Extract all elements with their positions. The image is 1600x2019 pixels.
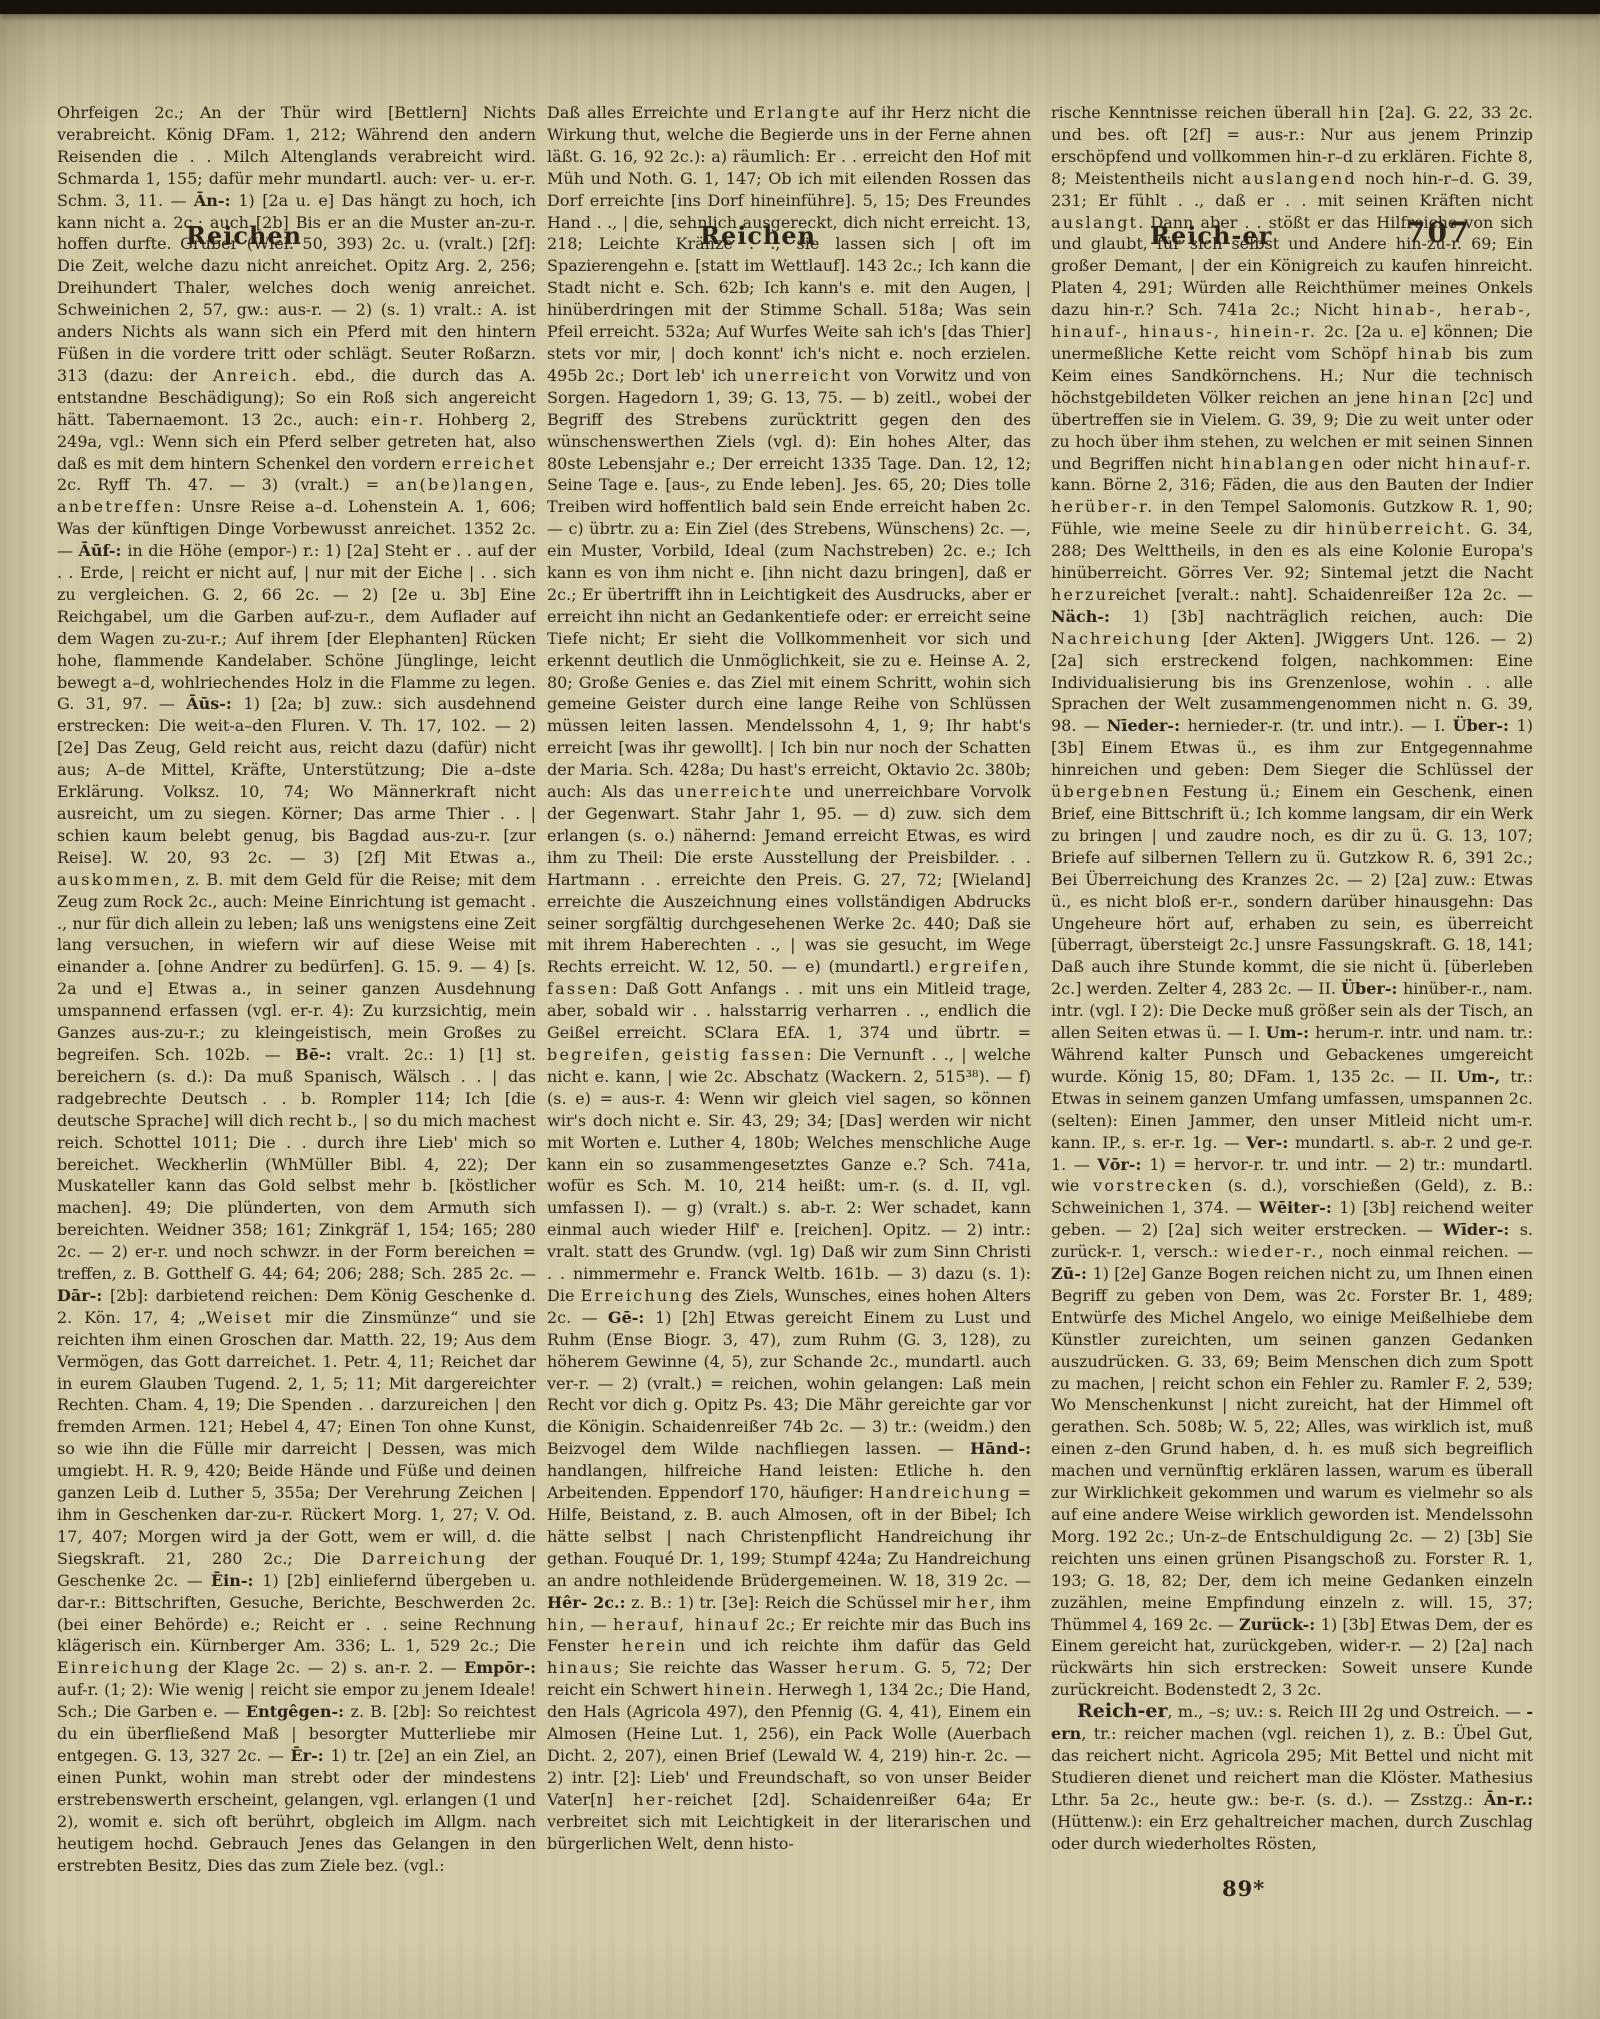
headword: Zurück-: — [1239, 1615, 1321, 1634]
text-run: vralt. 2c.: 1) [1] st. bereichern (s. d.… — [57, 1045, 536, 1283]
signature-mark: 89* — [1222, 1876, 1265, 1901]
text-run: hin — [1339, 103, 1371, 122]
headword: Bē-: — [295, 1045, 346, 1064]
headword: Nīeder-: — [1107, 716, 1188, 735]
text-run: hinüberreicht — [1326, 519, 1466, 538]
text-run: , ihm — [990, 1593, 1031, 1612]
text-run: mir die Zinsmünze“ und sie reichten ihm … — [57, 1308, 536, 1568]
text-run: herzu — [1051, 585, 1108, 604]
text-run: (Hüttenw.): ein Erz gehaltreicher machen… — [1051, 1812, 1533, 1853]
headword: Über-: — [1453, 716, 1517, 735]
text-run: 1) [2h] Etwas gereicht Einem zu Lust und… — [547, 1308, 1031, 1458]
text-run: rische Kenntnisse reichen überall — [1051, 103, 1339, 122]
text-run: : Daß Gott Anfangs . . mit uns ein Mitle… — [547, 979, 1031, 1042]
text-run: her- — [633, 1790, 675, 1809]
text-run: hinablangen — [1221, 454, 1346, 473]
text-run: : Die Vernunft . ., | welche nicht e. ka… — [547, 1045, 1031, 1305]
headword: Näch-: — [1051, 607, 1133, 626]
text-run: Nachreichung — [1051, 629, 1193, 648]
text-run: 1) [2a; b] zuw.: sich ausdehnend erstrec… — [57, 694, 536, 866]
headword: Āūf-: — [79, 541, 128, 560]
text-run: hinaus — [547, 1658, 614, 1677]
headword: Wēiter-: — [1259, 1198, 1339, 1217]
headword: Ēin-: — [211, 1571, 262, 1590]
text-run: unerreichte — [674, 782, 793, 801]
text-run: übergebnen — [1051, 782, 1171, 801]
text-run: vorstrecken — [1093, 1176, 1214, 1195]
headword: Vōr-: — [1097, 1155, 1149, 1174]
text-run: und ich reichte ihm dafür das Geld — [687, 1636, 1031, 1655]
text-run: kann. Börne 2, 316; Fäden, die aus den B… — [1051, 475, 1533, 494]
text-run: , noch einmal reichen. — — [1319, 1242, 1534, 1261]
text-run: Darreichung — [361, 1549, 488, 1568]
text-paragraph: Ohrfeigen 2c.; An der Thür wird [Bettler… — [57, 102, 536, 1876]
text-run: hernieder-r. (tr. und intr.). — I. — [1188, 716, 1453, 735]
text-run: , z. B. mit dem Geld für die Reise; mit … — [57, 870, 536, 1064]
scan-edge-top — [0, 0, 1600, 14]
text-run: reichet [veralt.: naht]. Schaidenreißer … — [1108, 585, 1533, 604]
text-run: hin — [547, 1615, 579, 1634]
text-run: ein-r. — [371, 410, 425, 429]
text-run: wieder-r. — [1227, 1242, 1319, 1261]
text-run: auf ihr Herz nicht die Wirkung thut, wel… — [547, 103, 1031, 385]
text-run: unerreicht — [744, 366, 852, 385]
text-run: Erreichung — [581, 1286, 695, 1305]
text-run: , tr.: reicher machen (vgl. reichen 1), … — [1051, 1724, 1533, 1809]
text-run: der Klage 2c. — 2) s. an-r. 2. — — [181, 1658, 464, 1677]
text-column-1: Ohrfeigen 2c.; An der Thür wird [Bettler… — [57, 102, 536, 1892]
text-paragraph: Reich-er, m., –s; uv.: s. Reich III 2g u… — [1051, 1701, 1533, 1854]
text-run: auskommen — [57, 870, 174, 889]
text-column-2: Daß alles Erreichte und Erlangte auf ihr… — [547, 102, 1031, 1892]
dictionary-page: Reichen Reichen Reich-er 707 Ohrfeigen 2… — [0, 0, 1600, 2019]
text-run: 1) [2e] Ganze Bogen reichen nicht zu, um… — [1051, 1264, 1533, 1634]
text-run: herauf, hinauf — [613, 1615, 759, 1634]
text-run: erreichet — [442, 454, 536, 473]
text-run: , — — [579, 1615, 613, 1634]
text-run: hinab — [1398, 344, 1455, 363]
text-run: Einreichung — [57, 1658, 181, 1677]
text-run: z. B.: 1) tr. [3e]: Reich die Schüssel m… — [631, 1593, 956, 1612]
text-paragraph: Daß alles Erreichte und Erlangte auf ihr… — [547, 102, 1031, 1855]
text-run: auslangend — [1242, 169, 1357, 188]
headword: Ān-: — [194, 191, 239, 210]
text-run: und unerreichbare Vorvolk der Gegenwart.… — [547, 782, 1031, 976]
headword: Ver-: — [1246, 1133, 1295, 1152]
headword: Ān-r.: — [1484, 1790, 1533, 1809]
text-run: Weiset — [206, 1308, 273, 1327]
headword: Hêr- 2c.: — [547, 1593, 631, 1612]
headword: Āūs-: — [186, 694, 243, 713]
headword: Ēr-: — [290, 1746, 330, 1765]
text-run: Erlangte — [753, 103, 841, 122]
headword: Entgêgen-: — [246, 1702, 351, 1721]
text-run: auslangt — [1051, 213, 1138, 232]
text-run: Daß alles Erreichte und — [547, 103, 753, 122]
headword: Zū-: — [1051, 1264, 1093, 1283]
headword: Reich-er — [1077, 1700, 1167, 1722]
headword: Empōr-: — [464, 1658, 536, 1677]
text-run: 1) [2a u. e] Das hängt zu hoch, ich kann… — [57, 191, 536, 385]
text-run: , m., –s; uv.: s. Reich III 2g und Ostre… — [1167, 1702, 1526, 1721]
text-run: hinein — [703, 1680, 767, 1699]
text-run: herein — [622, 1636, 688, 1655]
text-run: 1) tr. [2e] an ein Ziel, an einen Punkt,… — [57, 1746, 536, 1875]
text-run: begreifen, geistig fassen — [547, 1045, 806, 1064]
text-run: Handreichung — [869, 1483, 1012, 1502]
text-run: herum — [836, 1658, 900, 1677]
text-run: oder nicht — [1345, 454, 1445, 473]
headword: Gē-: — [608, 1308, 655, 1327]
headword: Um-, — [1457, 1067, 1510, 1086]
text-run: ; Sie reichte das Wasser — [614, 1658, 836, 1677]
text-run: herüber-r. — [1051, 497, 1154, 516]
text-run: 1) [3b] nachträglich reichen, auch: Die — [1133, 607, 1534, 626]
text-run: Festung ü.; Einem ein Geschenk, einen Br… — [1051, 782, 1533, 998]
headword: Wīder-: — [1443, 1220, 1520, 1239]
headword: Über-: — [1341, 979, 1403, 998]
headword: Dār-: — [57, 1286, 110, 1305]
text-run: in die Höhe (empor-) r.: 1) [2a] Steht e… — [57, 541, 536, 713]
text-run: von Vorwitz und von Sorgen. Hagedorn 1, … — [547, 366, 1031, 801]
headword: Um-: — [1266, 1023, 1315, 1042]
text-run: 2c. Ryff Th. 47. — 3) (vralt.) = — [57, 475, 395, 494]
text-run: Anreich. — [213, 366, 299, 385]
text-run: hinauf-r. — [1446, 454, 1533, 473]
text-run: hinan — [1398, 388, 1455, 407]
text-column-3: rische Kenntnisse reichen überall hin [2… — [1051, 102, 1533, 1892]
headword: Hānd-: — [970, 1439, 1031, 1458]
text-run: her — [956, 1593, 990, 1612]
text-paragraph: rische Kenntnisse reichen überall hin [2… — [1051, 102, 1533, 1701]
